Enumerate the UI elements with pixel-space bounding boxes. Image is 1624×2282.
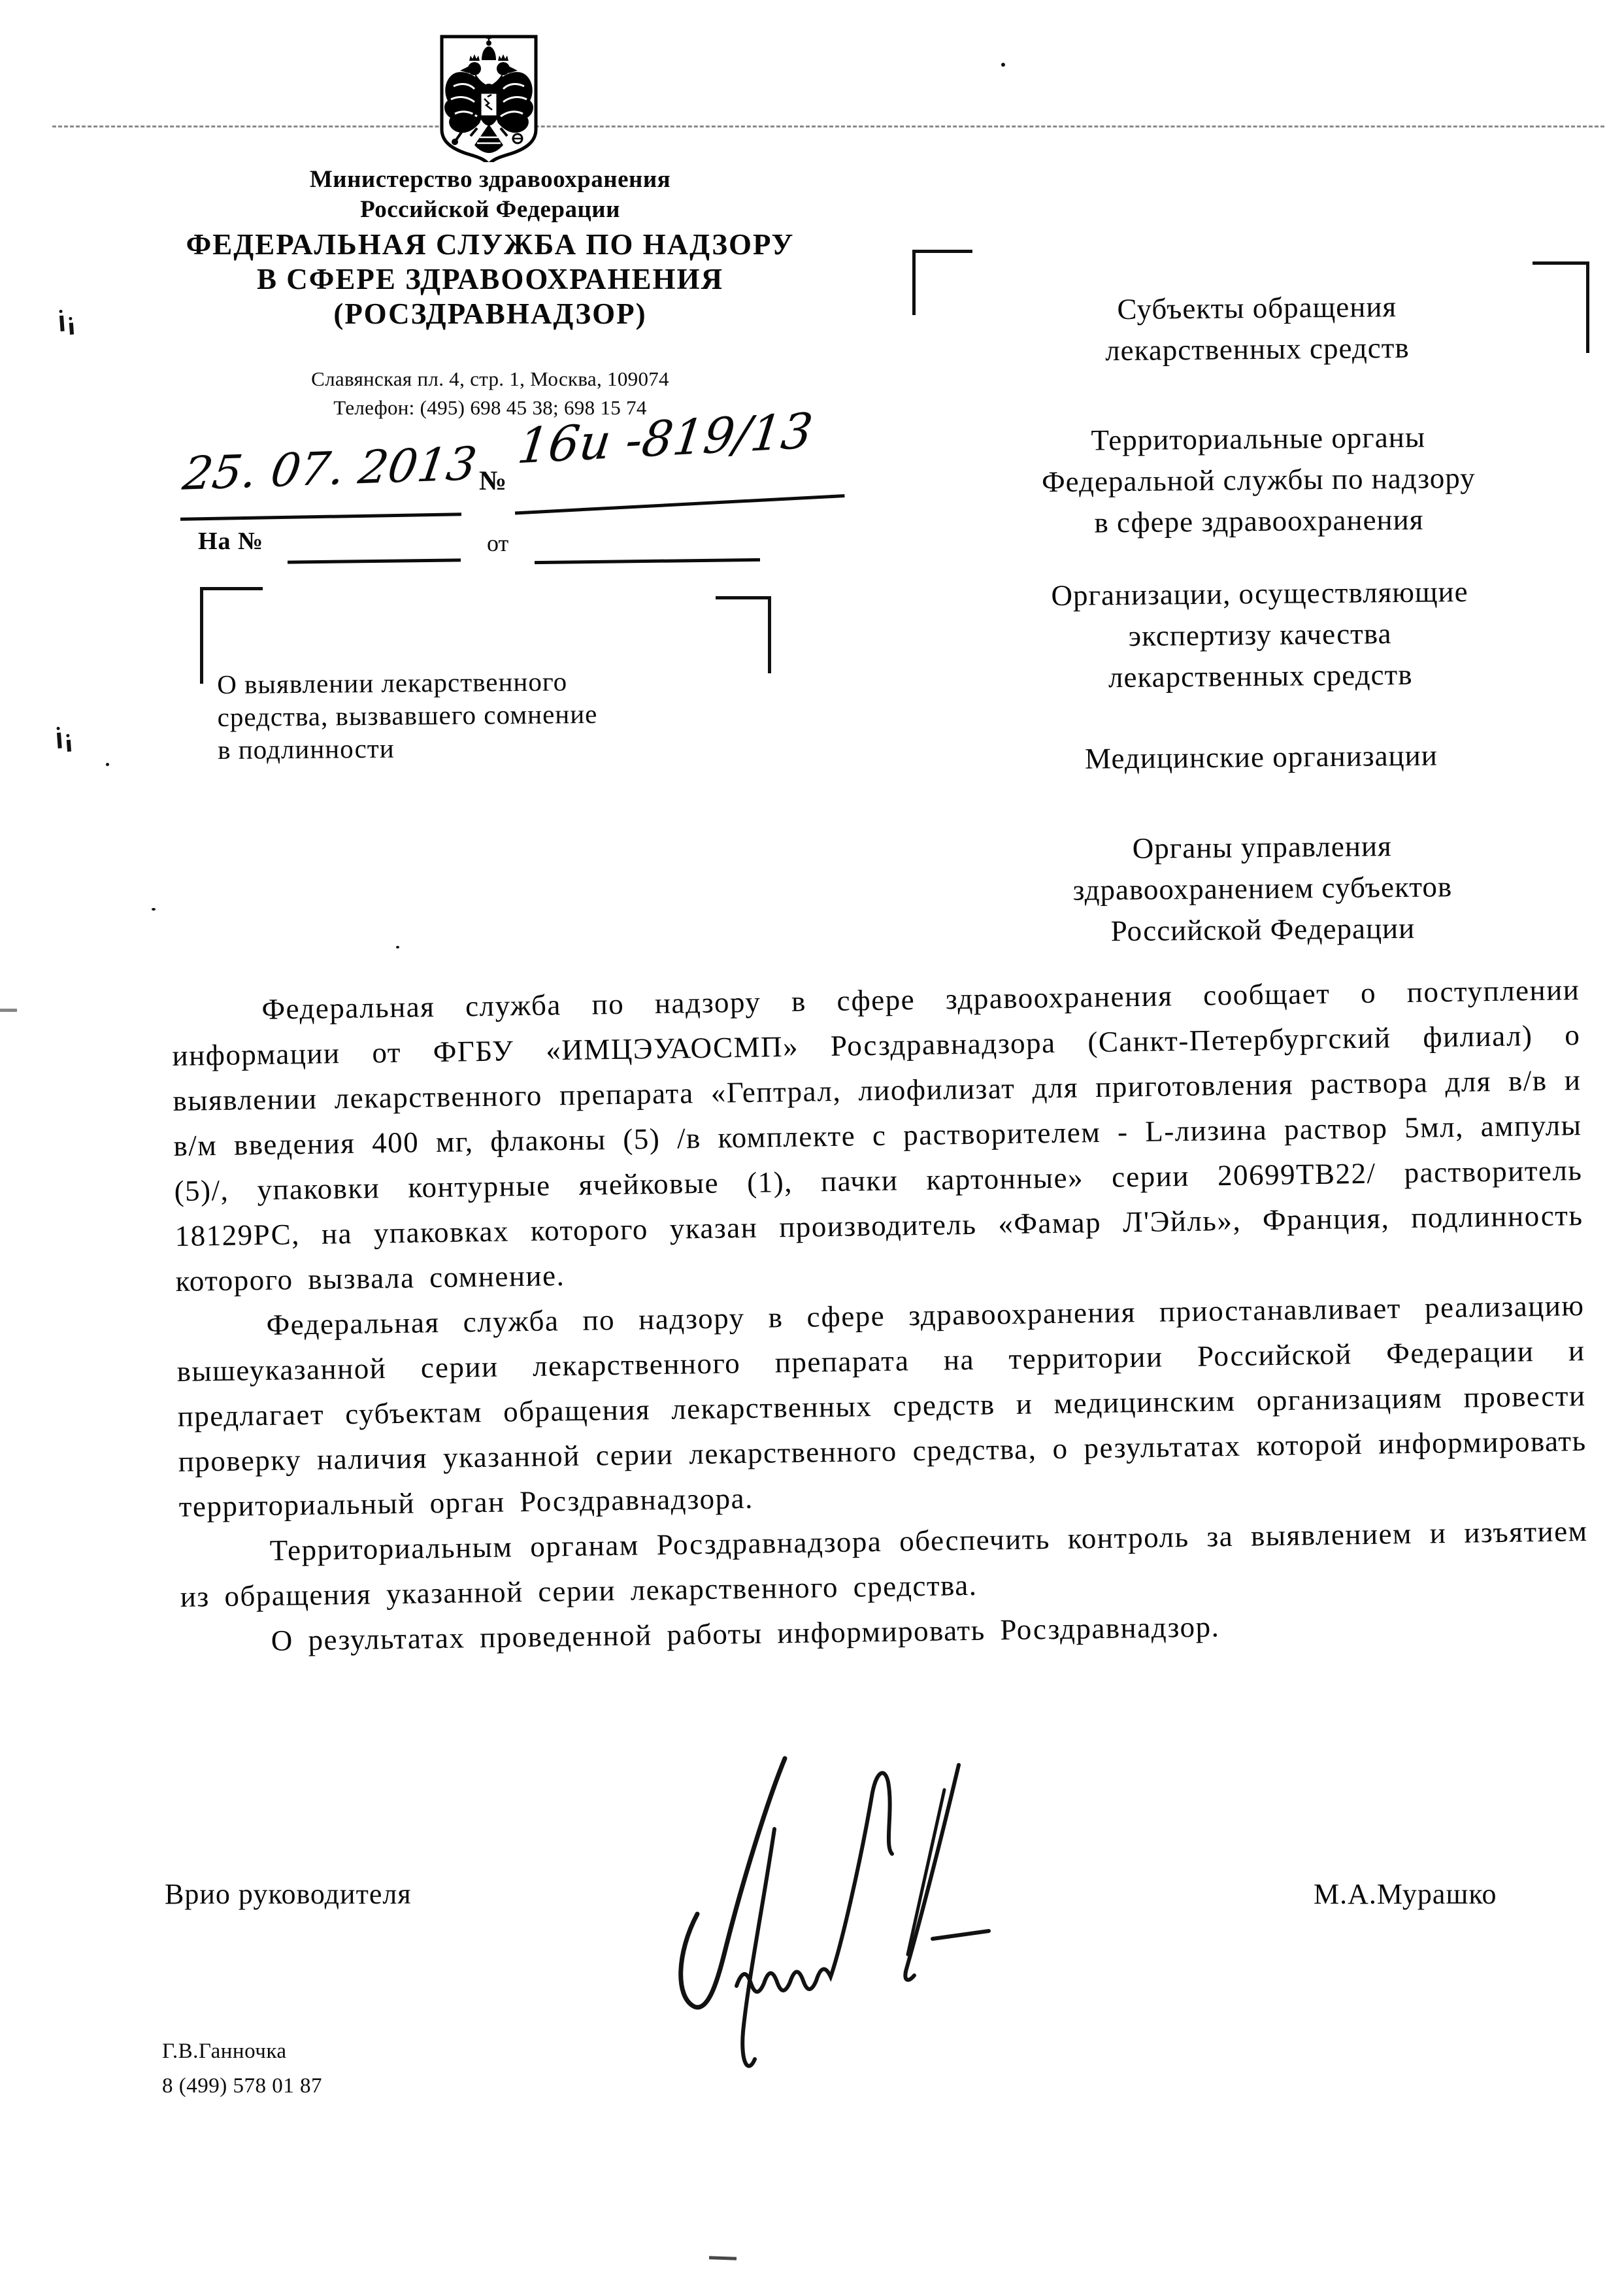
recipient-block: Медицинские организации — [925, 733, 1599, 781]
recipients-bracket-left-h — [912, 250, 972, 253]
ministry-line2: Российской Федерации — [216, 195, 765, 225]
ministry-name: Министерство здравоохранения Российской … — [216, 165, 765, 225]
scanned-letter-page: Министерство здравоохранения Российской … — [0, 0, 1624, 2282]
recipients-bracket-left-v — [912, 250, 916, 315]
recipient-line: Субъекты обращения — [920, 284, 1594, 332]
recipients-column: Субъекты обращения лекарственных средств… — [920, 281, 1600, 981]
service-line2: В СФЕРЕ ЗДРАВООХРАНЕНИЯ — [183, 262, 797, 297]
recipient-line: лекарственных средств — [923, 652, 1597, 700]
ministry-line1: Министерство здравоохранения — [216, 165, 765, 195]
ref-number-blank-line — [288, 558, 461, 563]
service-name: ФЕДЕРАЛЬНАЯ СЛУЖБА ПО НАДЗОРУ В СФЕРЕ ЗД… — [183, 227, 797, 331]
ref-date-blank-line — [535, 558, 760, 564]
service-line1: ФЕДЕРАЛЬНАЯ СЛУЖБА ПО НАДЗОРУ — [183, 227, 797, 262]
recipient-line: Медицинские организации — [925, 733, 1599, 781]
ref-from-label: от — [487, 529, 508, 557]
letterhead-address: Славянская пл. 4, стр. 1, Москва, 109074 — [216, 365, 765, 394]
letter-body: Федеральная служба по надзору в сфере зд… — [171, 967, 1589, 1665]
recipient-line: здравоохранением субъектов — [926, 865, 1600, 913]
scan-ink-mark — [59, 314, 79, 335]
recipient-line: Территориальные органы — [921, 415, 1595, 463]
number-sign: № — [479, 465, 506, 497]
scan-bottom-artifact — [709, 2256, 737, 2260]
executor-phone: 8 (499) 578 01 87 — [162, 2069, 322, 2104]
number-underline — [515, 494, 845, 514]
recipient-line: Организации, осуществляющие — [923, 570, 1597, 618]
ref-number-label: На № — [198, 527, 263, 556]
scan-ink-mark — [57, 731, 76, 752]
executor-block: Г.В.Ганночка 8 (499) 578 01 87 — [162, 2034, 322, 2104]
subject-bracket-left-v — [200, 587, 203, 684]
recipient-line: Федеральной службы по надзору — [922, 456, 1596, 504]
russian-coat-of-arms-icon — [437, 33, 541, 162]
subject-line2: средства, вызвавшего сомнение — [217, 696, 818, 733]
recipient-block: Территориальные органы Федеральной служб… — [921, 415, 1596, 545]
handwritten-date: 25. 07. 2013 — [180, 437, 480, 500]
scan-dot-artifact — [1001, 63, 1005, 67]
subject-bracket-right-h — [716, 596, 771, 599]
recipient-block: Органы управления здравоохранением субъе… — [925, 824, 1600, 954]
recipient-block: Организации, осуществляющие экспертизу к… — [923, 570, 1597, 700]
scan-dot-artifact — [152, 908, 156, 911]
signer-name: М.А.Мурашко — [1314, 1877, 1497, 1911]
recipient-line: Органы управления — [925, 824, 1599, 871]
subject-bracket-left-h — [200, 587, 263, 590]
handwritten-signature-icon — [663, 1751, 1062, 2090]
recipients-bracket-right-h — [1533, 261, 1589, 265]
recipient-block: Субъекты обращения лекарственных средств — [920, 284, 1594, 373]
date-underline — [180, 512, 461, 521]
executor-name: Г.В.Ганночка — [162, 2034, 322, 2069]
scan-dot-artifact — [106, 763, 109, 766]
body-paragraph-1: Федеральная служба по надзору в сфере зд… — [171, 967, 1584, 1304]
scan-edge-artifact — [0, 1009, 17, 1012]
recipient-line: экспертизу качества — [923, 611, 1597, 659]
signer-position-title: Врио руководителя — [165, 1877, 412, 1911]
letter-subject: О выявлении лекарственного средства, выз… — [217, 663, 819, 766]
service-line3: (РОСЗДРАВНАДЗОР) — [183, 297, 797, 331]
subject-line3: в подлинности — [218, 728, 819, 766]
subject-bracket-right-v — [768, 596, 771, 673]
scan-dashed-line-artifact — [52, 126, 1604, 127]
recipient-line: в сфере здравоохранения — [922, 497, 1596, 545]
body-paragraph-2: Федеральная служба по надзору в сфере зд… — [176, 1283, 1587, 1530]
subject-line1: О выявлении лекарственного — [217, 663, 818, 701]
recipient-line: лекарственных средств — [921, 326, 1595, 373]
scan-dot-artifact — [396, 946, 399, 948]
recipient-line: Российской Федерации — [926, 906, 1600, 954]
